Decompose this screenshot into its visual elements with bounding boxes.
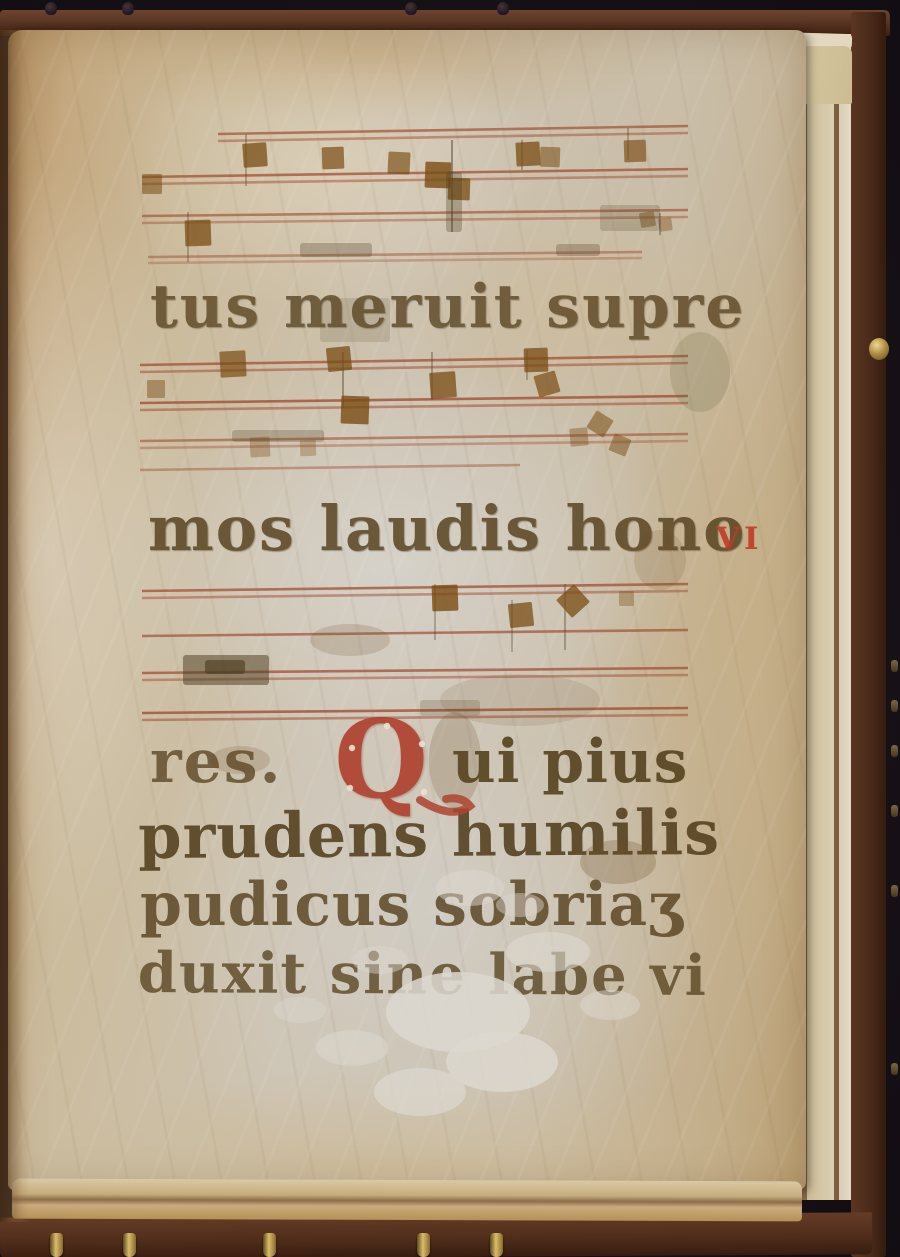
flaked-paint-patch	[352, 946, 408, 974]
binding-gutter-shadow	[0, 30, 30, 1222]
initial-decoration-dot	[384, 723, 390, 729]
flaked-paint-patch	[436, 870, 504, 906]
manuscript-photograph: tus meruit supre mos laudis hono VI res.…	[0, 0, 900, 1257]
stain-patch	[634, 530, 686, 590]
stain-patch	[429, 712, 481, 808]
initial-decoration-dot	[421, 789, 427, 795]
flaked-paint-patch	[374, 1068, 466, 1116]
stain-patch	[580, 840, 656, 884]
stain-patch	[670, 332, 730, 412]
initial-decoration-dot	[419, 741, 425, 747]
stain-patch	[310, 624, 390, 656]
initial-decoration-dot	[349, 745, 355, 751]
stain-patch	[440, 674, 600, 726]
flaked-paint-patch	[316, 1030, 388, 1066]
flaked-paint-patch	[580, 990, 640, 1020]
initial-decoration-dot	[347, 785, 353, 791]
flaked-paint-patch	[446, 1032, 558, 1092]
stain-patch	[210, 746, 270, 774]
flaked-paint-patch	[496, 893, 544, 917]
stains-layer	[0, 0, 900, 1257]
flaked-paint-patch	[274, 997, 326, 1023]
flaked-paint-patch	[506, 932, 590, 972]
